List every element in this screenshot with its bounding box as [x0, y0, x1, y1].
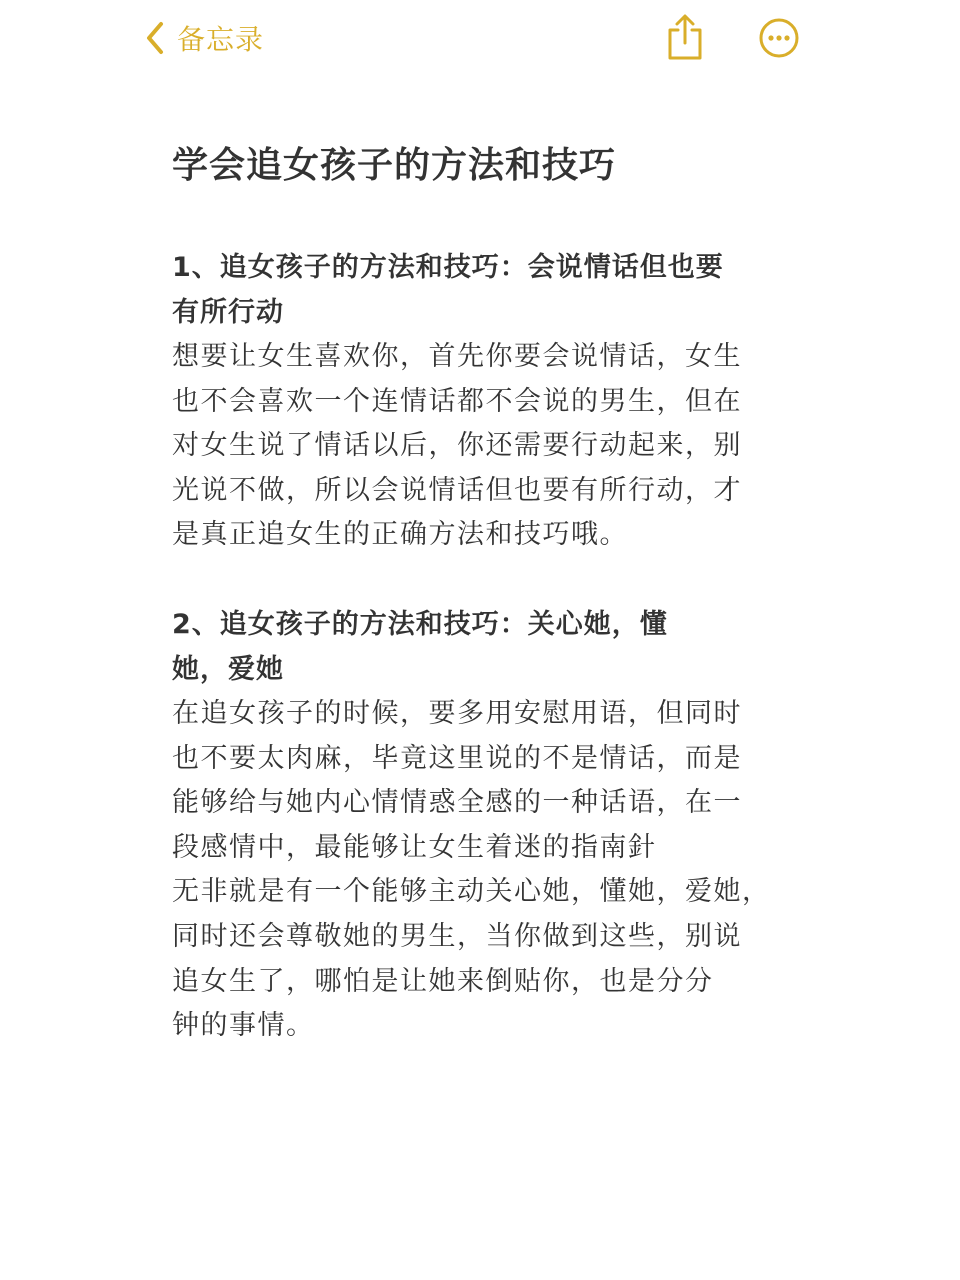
body-line: 也不要太肉麻，毕竟这里说的不是情话，而是 — [172, 737, 782, 782]
more-options-button[interactable] — [758, 17, 800, 59]
heading-line: 她，爱她 — [172, 647, 782, 692]
body-line: 也不会喜欢一个连情话都不会说的男生，但在 — [172, 380, 782, 425]
section-heading: 1、追女孩子的方法和技巧：会说情话但也要 有所行动 — [172, 245, 782, 335]
section-heading: 2、追女孩子的方法和技巧：关心她，懂 她，爱她 — [172, 602, 782, 692]
back-label: 备忘录 — [177, 18, 264, 58]
body-line: 无非就是有一个能够主动关心她，懂她，爱她， — [172, 870, 782, 915]
heading-line: 1、追女孩子的方法和技巧：会说情话但也要 — [172, 245, 782, 290]
body-line: 在追女孩子的时候，要多用安慰用语，但同时 — [172, 692, 782, 737]
note-content[interactable]: 学会追女孩子的方法和技巧 1、追女孩子的方法和技巧：会说情话但也要 有所行动 想… — [172, 140, 782, 1049]
back-button[interactable]: 备忘录 — [145, 18, 264, 58]
body-line: 光说不做，所以会说情话但也要有所行动，才 — [172, 469, 782, 514]
body-line: 追女生了，哪怕是让她来倒贴你，也是分分 — [172, 960, 782, 1005]
chevron-left-icon — [145, 21, 165, 55]
body-line: 能够给与她内心情情惑全感的一种话语，在一 — [172, 781, 782, 826]
body-line: 钟的事情。 — [172, 1004, 782, 1049]
nav-bar: 备忘录 — [0, 0, 960, 80]
section-body: 在追女孩子的时候，要多用安慰用语，但同时 也不要太肉麻，毕竟这里说的不是情话，而… — [172, 692, 782, 1049]
body-line: 对女生说了情话以后，你还需要行动起来，别 — [172, 424, 782, 469]
note-section-1: 1、追女孩子的方法和技巧：会说情话但也要 有所行动 想要让女生喜欢你，首先你要会… — [172, 245, 782, 558]
section-body: 想要让女生喜欢你，首先你要会说情话，女生 也不会喜欢一个连情话都不会说的男生，但… — [172, 335, 782, 558]
share-icon — [664, 47, 706, 66]
body-line: 同时还会尊敬她的男生，当你做到这些，别说 — [172, 915, 782, 960]
more-options-icon — [758, 44, 800, 63]
note-title: 学会追女孩子的方法和技巧 — [172, 140, 782, 192]
body-line: 是真正追女生的正确方法和技巧哦。 — [172, 513, 782, 558]
heading-line: 2、追女孩子的方法和技巧：关心她，懂 — [172, 602, 782, 647]
body-line: 段感情中，最能够让女生着迷的指南針 — [172, 826, 782, 871]
body-line: 想要让女生喜欢你，首先你要会说情话，女生 — [172, 335, 782, 380]
share-button[interactable] — [664, 12, 706, 62]
heading-line: 有所行动 — [172, 290, 782, 335]
note-section-2: 2、追女孩子的方法和技巧：关心她，懂 她，爱她 在追女孩子的时候，要多用安慰用语… — [172, 602, 782, 1049]
